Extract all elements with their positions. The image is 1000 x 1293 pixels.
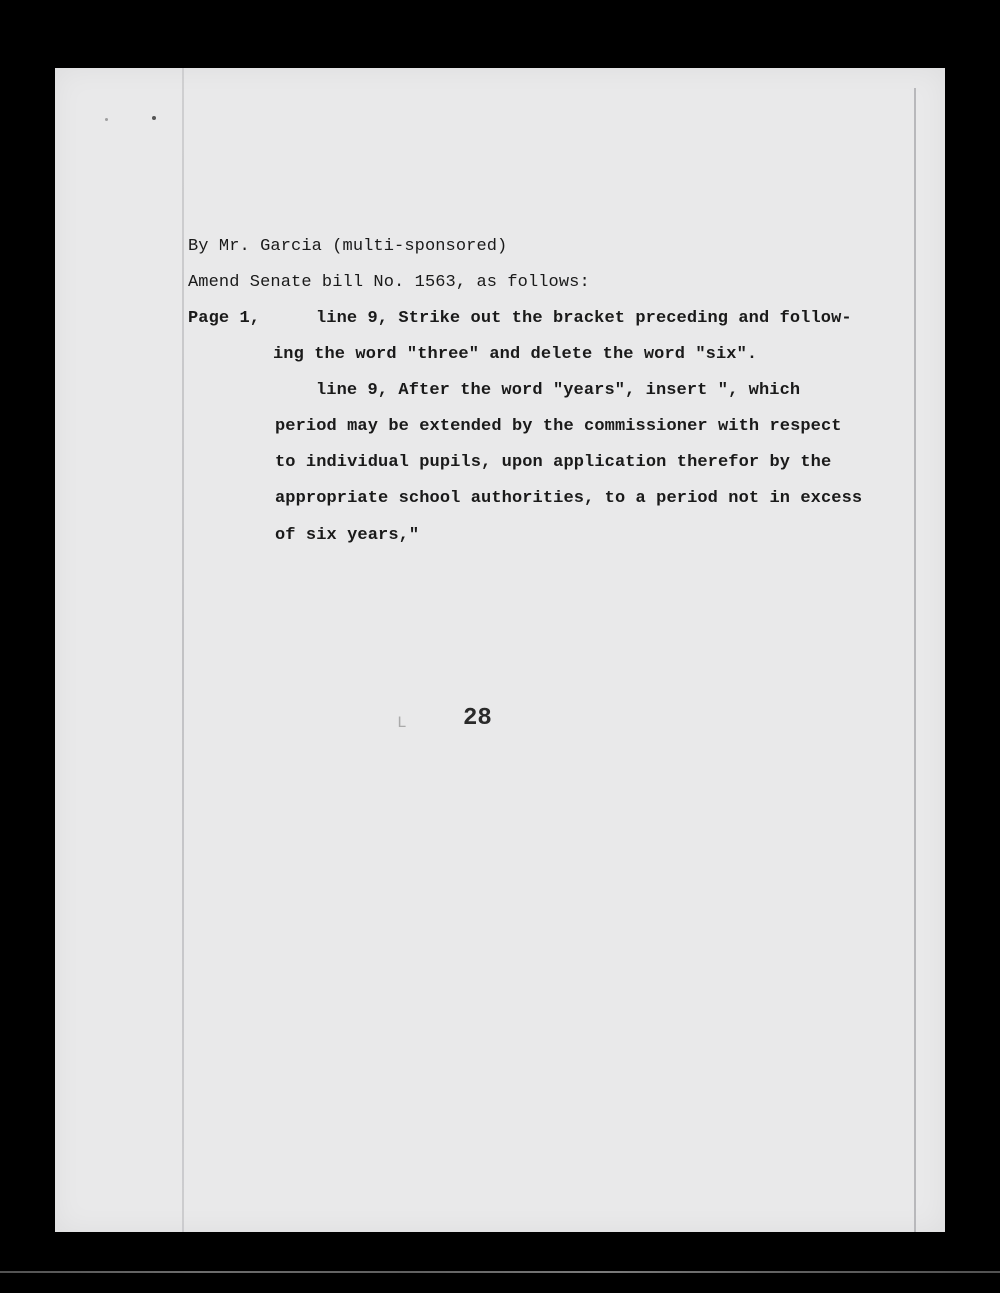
amendment-2-line-5: of six years," bbox=[275, 526, 419, 546]
amendment-1-line-2: ing the word "three" and delete the word… bbox=[273, 345, 757, 365]
scan-edge-line bbox=[0, 1271, 1000, 1273]
sponsor-line: By Mr. Garcia (multi-sponsored) bbox=[188, 237, 507, 257]
amend-line: Amend Senate bill No. 1563, as follows: bbox=[188, 273, 590, 293]
amendment-2-line-1: line 9, After the word "years", insert "… bbox=[316, 381, 800, 401]
left-margin-line bbox=[182, 68, 184, 1232]
faint-scan-mark: L bbox=[397, 714, 407, 732]
scan-speck bbox=[105, 118, 108, 121]
page-label: Page 1, bbox=[188, 309, 260, 329]
page-number: 28 bbox=[463, 705, 492, 732]
amendment-2-line-2: period may be extended by the commission… bbox=[275, 417, 842, 437]
amendment-2-line-3: to individual pupils, upon application t… bbox=[275, 453, 831, 473]
amendment-1-line-1: line 9, Strike out the bracket preceding… bbox=[316, 309, 852, 329]
scan-speck bbox=[152, 116, 156, 120]
right-margin-line bbox=[914, 88, 916, 1232]
amendment-2-line-4: appropriate school authorities, to a per… bbox=[275, 489, 862, 509]
